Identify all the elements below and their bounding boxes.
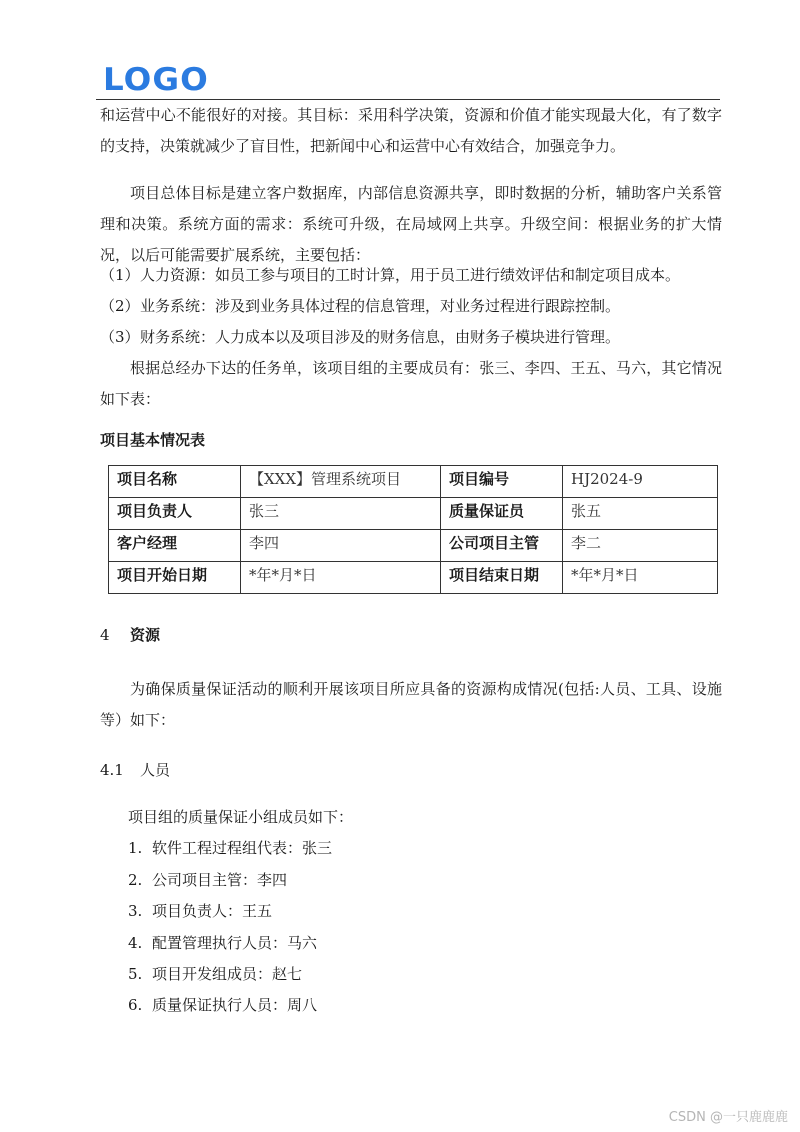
list-item-number: 5. [128, 959, 152, 990]
list-item-text: 业务系统：涉及到业务具体过程的信息管理，对业务过程进行跟踪控制。 [140, 297, 620, 315]
list-item: 6.质量保证执行人员：周八 [128, 990, 353, 1021]
paragraph-overall-goal: 项目总体目标是建立客户数据库，内部信息资源共享，即时数据的分析，辅助客户关系管理… [100, 178, 722, 271]
list-item-text: 公司项目主管：李四 [152, 871, 287, 889]
list-item-number: 4. [128, 928, 152, 959]
section-title: 人员 [140, 761, 170, 779]
table-title: 项目基本情况表 [100, 428, 205, 452]
table-label: 项目开始日期 [109, 562, 241, 594]
table-label: 质量保证员 [441, 498, 563, 530]
table-value: *年*月*日 [563, 562, 718, 594]
list-item-number: （3） [100, 322, 140, 353]
table-value: HJ2024-9 [563, 466, 718, 498]
list-item-text: 质量保证执行人员：周八 [152, 996, 317, 1014]
list-item-number: 1. [128, 833, 152, 864]
table-label: 公司项目主管 [441, 530, 563, 562]
paragraph-resources-intro: 为确保质量保证活动的顺利开展该项目所应具备的资源构成情况(包括:人员、工具、设施… [100, 674, 722, 736]
table-value: 李四 [241, 530, 441, 562]
table-value: *年*月*日 [241, 562, 441, 594]
qa-member-list: 项目组的质量保证小组成员如下： 1.软件工程过程组代表：张三 2.公司项目主管：… [128, 802, 353, 1022]
list-item: 3.项目负责人：王五 [128, 896, 353, 927]
section-title: 资源 [130, 626, 160, 644]
list-item-number: （1） [100, 260, 140, 291]
table-value: 张三 [241, 498, 441, 530]
section-heading-4: 4资源 [100, 623, 160, 647]
list-item: 4.配置管理执行人员：马六 [128, 928, 353, 959]
table-label: 项目结束日期 [441, 562, 563, 594]
table-row: 项目负责人 张三 质量保证员 张五 [109, 498, 718, 530]
table-value: 张五 [563, 498, 718, 530]
logo: LOGO [103, 64, 209, 96]
list-item-number: （2） [100, 291, 140, 322]
list-item-number: 3. [128, 896, 152, 927]
table-label: 客户经理 [109, 530, 241, 562]
watermark: CSDN @一只鹿鹿鹿 [669, 1106, 788, 1125]
list-item-text: 软件工程过程组代表：张三 [152, 839, 332, 857]
list-item: （1）人力资源：如员工参与项目的工时计算，用于员工进行绩效评估和制定项目成本。 [100, 260, 722, 291]
section-heading-4-1: 4.1人员 [100, 758, 170, 782]
list-item: 2.公司项目主管：李四 [128, 865, 353, 896]
section-number: 4 [100, 623, 130, 647]
list-item-text: 项目负责人：王五 [152, 902, 272, 920]
list-item-number: 2. [128, 865, 152, 896]
list-item: （3）财务系统：人力成本以及项目涉及的财务信息，由财务子模块进行管理。 [100, 322, 722, 353]
paragraph-objective: 和运营中心不能很好的对接。其目标：采用科学决策，资源和价值才能实现最大化，有了数… [100, 100, 722, 162]
table-row: 项目名称 【XXX】管理系统项目 项目编号 HJ2024-9 [109, 466, 718, 498]
list-item: 5.项目开发组成员：赵七 [128, 959, 353, 990]
project-info-table: 项目名称 【XXX】管理系统项目 项目编号 HJ2024-9 项目负责人 张三 … [108, 465, 718, 594]
table-label: 项目编号 [441, 466, 563, 498]
list-item-text: 配置管理执行人员：马六 [152, 934, 317, 952]
paragraph-members: 根据总经办下达的任务单，该项目组的主要成员有：张三、李四、王五、马六，其它情况如… [100, 353, 722, 415]
list-item: 1.软件工程过程组代表：张三 [128, 833, 353, 864]
table-value: 【XXX】管理系统项目 [241, 466, 441, 498]
table-label: 项目名称 [109, 466, 241, 498]
list-item-text: 项目开发组成员：赵七 [152, 965, 302, 983]
table-row: 客户经理 李四 公司项目主管 李二 [109, 530, 718, 562]
table-row: 项目开始日期 *年*月*日 项目结束日期 *年*月*日 [109, 562, 718, 594]
section-number: 4.1 [100, 758, 140, 782]
list-intro: 项目组的质量保证小组成员如下： [128, 802, 353, 833]
list-item-number: 6. [128, 990, 152, 1021]
list-item-text: 人力资源：如员工参与项目的工时计算，用于员工进行绩效评估和制定项目成本。 [140, 266, 680, 284]
list-item: （2）业务系统：涉及到业务具体过程的信息管理，对业务过程进行跟踪控制。 [100, 291, 722, 322]
list-item-text: 财务系统：人力成本以及项目涉及的财务信息，由财务子模块进行管理。 [140, 328, 620, 346]
table-label: 项目负责人 [109, 498, 241, 530]
table-value: 李二 [563, 530, 718, 562]
